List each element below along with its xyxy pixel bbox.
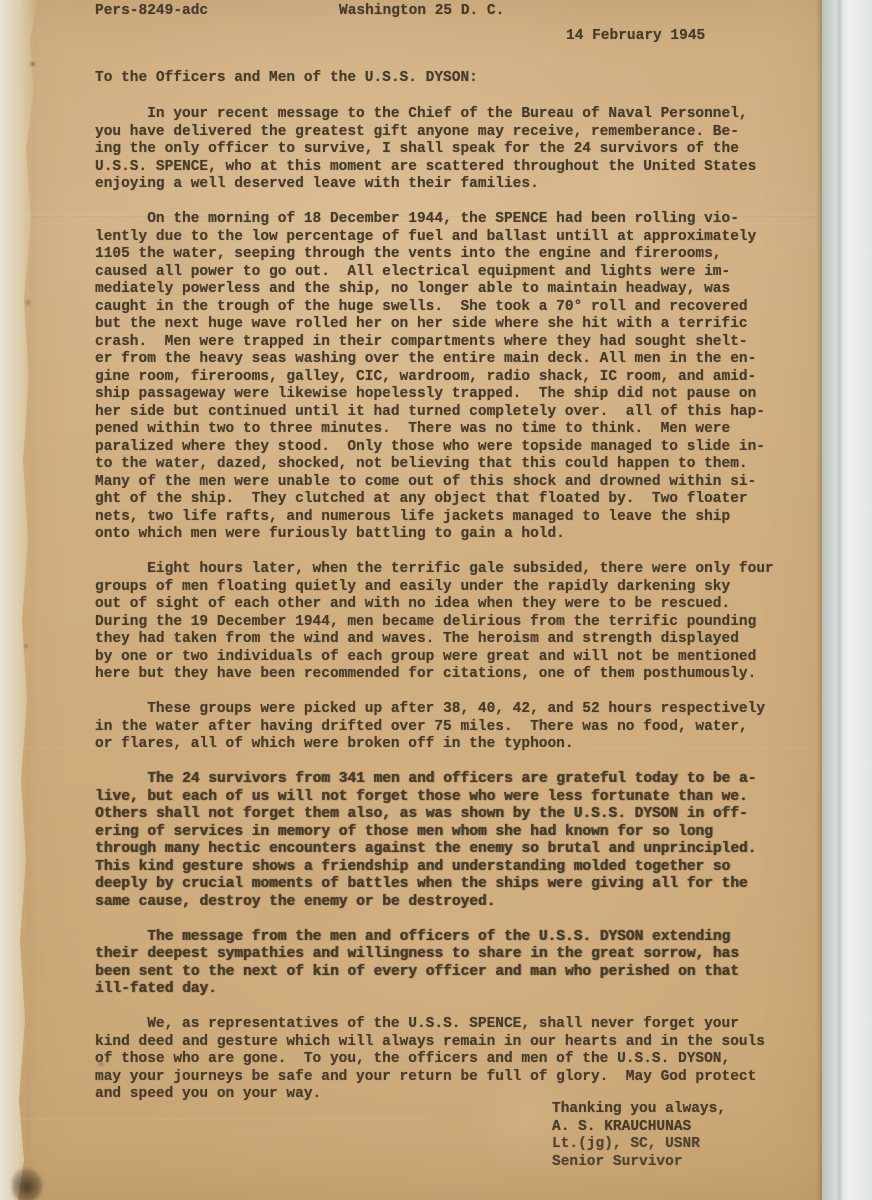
ink-speck — [30, 62, 35, 66]
paragraph-5: The 24 survivors from 341 men and office… — [95, 771, 795, 911]
signature-name: A. S. KRAUCHUNAS — [552, 1119, 726, 1137]
salutation: To the Officers and Men of the U.S.S. DY… — [95, 70, 478, 88]
paragraph-7: We, as representatives of the U.S.S. SPE… — [95, 1016, 795, 1104]
ink-speck — [26, 300, 30, 305]
signature-rank: Lt.(jg), SC, USNR — [552, 1136, 726, 1154]
bottom-left-stain — [12, 1168, 42, 1200]
paragraph-1: In your recent message to the Chief of t… — [95, 106, 795, 194]
reference-number: Pers-8249-adc — [95, 3, 208, 21]
signature-block: Thanking you always, A. S. KRAUCHUNAS Lt… — [552, 1101, 726, 1171]
closing-line: Thanking you always, — [552, 1101, 726, 1119]
backing-fold-line — [838, 0, 841, 1200]
letter-place: Washington 25 D. C. — [339, 3, 504, 21]
letter-date: 14 February 1945 — [566, 28, 705, 46]
scanned-letter-page: Pers-8249-adc Washington 25 D. C. 14 Feb… — [0, 0, 872, 1200]
scanner-backing-strip — [822, 0, 872, 1200]
paragraph-4: These groups were picked up after 38, 40… — [95, 701, 795, 754]
paragraph-6: The message from the men and officers of… — [95, 929, 795, 999]
letter-body: In your recent message to the Chief of t… — [95, 106, 795, 1121]
paragraph-3: Eight hours later, when the terrific gal… — [95, 561, 795, 684]
paragraph-2: On the morning of 18 December 1944, the … — [95, 211, 795, 544]
signature-title: Senior Survivor — [552, 1154, 726, 1172]
ink-speck — [24, 644, 28, 648]
